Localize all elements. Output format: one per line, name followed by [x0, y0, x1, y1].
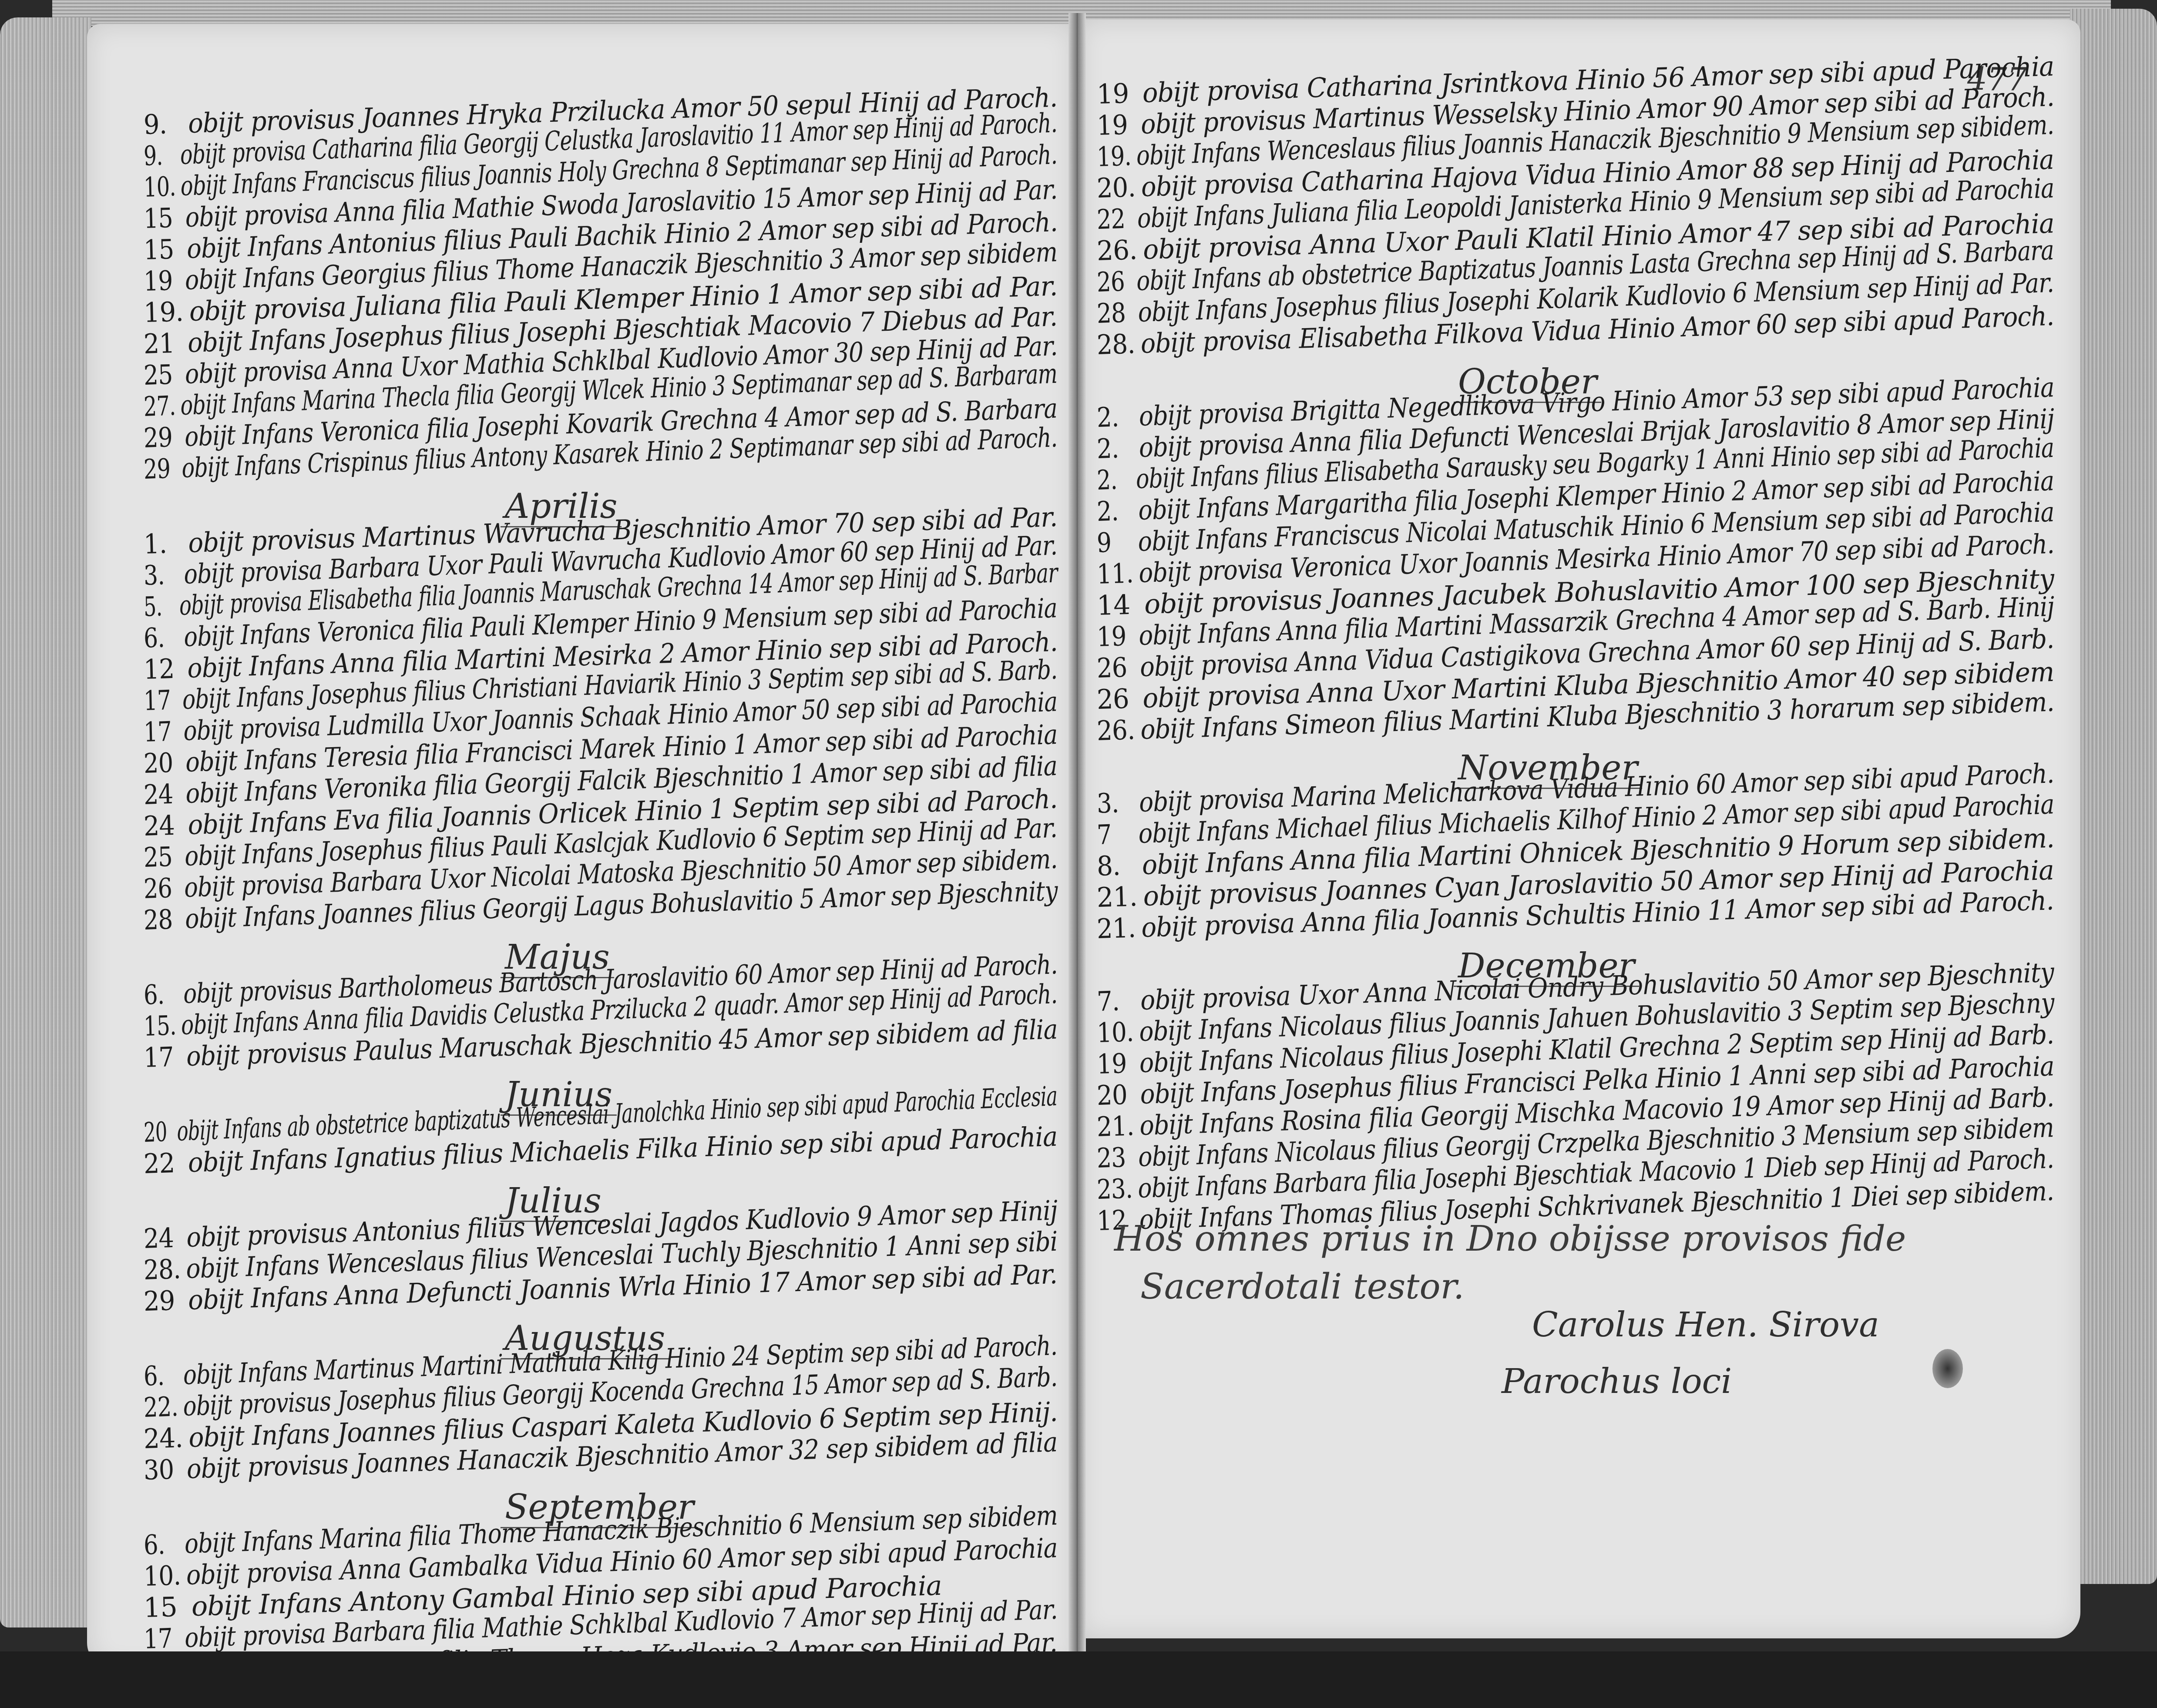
entry-day: 25	[143, 358, 185, 391]
entry-day: 19.	[1096, 140, 1137, 173]
entry-day: 11.	[1096, 557, 1139, 590]
closing-note-line-2: Sacerdotali testor.	[1140, 1266, 1464, 1307]
entry-day: 2.	[1096, 494, 1139, 527]
entry-day: 6.	[143, 1528, 185, 1561]
entry-day: 9.	[143, 107, 188, 141]
closing-note-line-1: Hos omnes prius in Dno obijsse provisos …	[1114, 1218, 1906, 1259]
entry-day: 21.	[1096, 1110, 1140, 1143]
entry-day: 6.	[143, 1359, 184, 1392]
entry-day: 14	[1096, 588, 1145, 621]
entry-day: 12	[143, 652, 188, 685]
entry-day: 26	[1096, 651, 1140, 684]
entry-day: 28.	[1096, 328, 1141, 361]
entry-day: 26	[1096, 682, 1143, 715]
signature-title: Parochus loci	[1502, 1362, 1732, 1401]
entry-day: 15	[143, 233, 187, 266]
entry-day: 6.	[143, 978, 184, 1011]
background-surface	[0, 1651, 2157, 1708]
entry-day: 19.	[143, 295, 190, 329]
signature-name: Carolus Hen. Sirova	[1532, 1305, 1879, 1345]
entry-day: 20	[1096, 1078, 1141, 1111]
entry-day: 10.	[1096, 1016, 1139, 1049]
entry-day: 17	[143, 715, 184, 748]
ink-blot	[1932, 1349, 1963, 1388]
entry-day: 28	[1096, 296, 1138, 329]
entry-day: 9	[1096, 526, 1139, 559]
entry-day: 15.	[143, 1009, 181, 1042]
entry-day: 24	[143, 1221, 187, 1255]
entry-day: 17	[143, 1622, 185, 1655]
entry-day: 19	[1096, 1047, 1140, 1080]
entry-day: 10.	[143, 1559, 187, 1592]
book-spread: 477 9.obijt provisus Joannes Hryka Przil…	[0, 0, 2157, 1708]
entry-day: 19	[1096, 620, 1139, 653]
entry-day: 24	[143, 778, 186, 811]
entry-day: 3.	[1096, 786, 1139, 819]
entry-day: 21.	[1096, 880, 1144, 913]
entry-day: 9.	[143, 139, 181, 172]
entry-day: 2.	[1096, 432, 1139, 465]
entry-day: 29	[143, 1284, 188, 1317]
left-page-stack-edge	[0, 17, 91, 1627]
entry-day: 7.	[1096, 984, 1141, 1017]
entry-day: 26.	[1096, 234, 1143, 267]
entry-day: 28	[143, 903, 185, 936]
entry-day: 28.	[143, 1253, 186, 1286]
entry-day: 26	[143, 872, 185, 905]
entry-day: 19	[143, 264, 185, 297]
entry-day: 30	[143, 1453, 187, 1486]
entry-day: 27.	[143, 389, 181, 423]
entry-day: 21	[143, 327, 188, 360]
entry-day: 15	[143, 1591, 192, 1624]
entry-day: 23	[1096, 1141, 1139, 1174]
entry-day: 29	[143, 452, 182, 485]
entry-day: 26	[1096, 265, 1137, 298]
entry-day: 6.	[143, 621, 184, 654]
book-gutter	[1068, 13, 1086, 1675]
entry-day: 19	[1096, 108, 1141, 141]
entry-day: 15	[143, 201, 185, 235]
entry-day: 7	[1096, 818, 1139, 851]
entry-day: 17	[143, 1040, 187, 1074]
entry-day: 1.	[143, 527, 188, 560]
entry-day: 2.	[1096, 400, 1139, 433]
entry-day: 24.	[143, 1422, 189, 1455]
entry-day: 5.	[143, 590, 180, 623]
right-page-stack-edge	[2070, 9, 2157, 1584]
entry-day: 20.	[1096, 171, 1142, 204]
entry-day: 22	[1096, 202, 1138, 235]
entry-day: 22	[143, 1147, 188, 1180]
entry-day: 10.	[143, 170, 181, 203]
entry-day: 20	[143, 746, 186, 779]
entry-day: 24	[143, 809, 188, 842]
entry-day: 25	[143, 840, 185, 873]
entry-day: 3.	[143, 558, 184, 591]
entry-day: 17	[143, 684, 183, 717]
entry-day: 20	[143, 1115, 177, 1148]
entry-day: 22.	[143, 1390, 183, 1423]
entry-day: 21.	[1096, 912, 1142, 945]
entry-day: 19	[1096, 77, 1143, 110]
entry-day: 8.	[1096, 849, 1142, 882]
entry-day: 26.	[1096, 714, 1141, 747]
entry-day: 29	[143, 421, 185, 454]
entry-day: 2.	[1096, 463, 1136, 496]
entry-day: 23.	[1096, 1172, 1138, 1205]
